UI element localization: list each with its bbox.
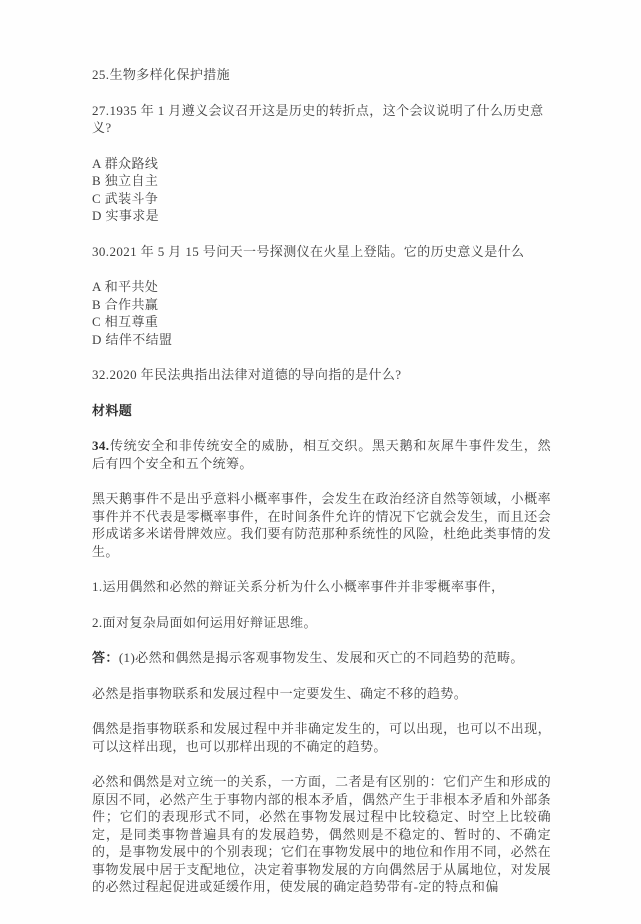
answer-paragraph-4: 必然和偶然是对立统一的关系，一方面，二者是有区别的：它们产生和形成的原因不同，必…: [92, 773, 551, 896]
answer-paragraph-2: 必然是指事物联系和发展过程中一定要发生、确定不移的趋势。: [92, 685, 551, 703]
question-34-text: 传统安全和非传统安全的威胁，相互交织。黑天鹅和灰犀牛事件发生，然后有四个安全和五…: [92, 438, 551, 471]
question-34-number: 34.: [92, 438, 109, 453]
option-d: D 结伴不结盟: [92, 331, 551, 349]
question-30: 30.2021 年 5 月 15 号问天一号探测仪在火星上登陆。它的历史意义是什…: [92, 243, 551, 261]
question-27: 27.1935 年 1 月遵义会议召开这是历史的转折点，这个会议说明了什么历史意…: [92, 102, 551, 137]
question-30-options: A 和平共处 B 合作共赢 C 相互尊重 D 结伴不结盟: [92, 278, 551, 348]
answer-paragraph-1: 答：(1)必然和偶然是揭示客观事物发生、发展和灭亡的不同趋势的范畴。: [92, 649, 551, 667]
answer-paragraph-3: 偶然是指事物联系和发展过程中并非确定发生的，可以出现，也可以不出现，可以这样出现…: [92, 720, 551, 755]
answer-label: 答：: [92, 650, 119, 665]
question-32: 32.2020 年民法典指出法律对道德的导向指的是什么?: [92, 366, 551, 384]
option-d: D 实事求是: [92, 207, 551, 225]
answer-text: (1)必然和偶然是揭示客观事物发生、发展和灭亡的不同趋势的范畴。: [119, 650, 524, 665]
option-a: A 群众路线: [92, 155, 551, 173]
question-27-options: A 群众路线 B 独立自主 C 武装斗争 D 实事求是: [92, 155, 551, 225]
option-c: C 武装斗争: [92, 190, 551, 208]
question-34: 34.传统安全和非传统安全的威胁，相互交织。黑天鹅和灰犀牛事件发生，然后有四个安…: [92, 437, 551, 472]
option-b: B 合作共赢: [92, 296, 551, 314]
question-25: 25.生物多样化保护措施: [92, 66, 551, 84]
material-paragraph-black-swan: 黑天鹅事件不是出乎意料小概率事件，会发生在政治经济自然等领域，小概率事件并不代表…: [92, 490, 551, 560]
sub-question-1: 1.运用偶然和必然的辩证关系分析为什么小概率事件并非零概率事件，: [92, 578, 551, 596]
option-c: C 相互尊重: [92, 313, 551, 331]
sub-question-2: 2.面对复杂局面如何运用好辩证思维。: [92, 614, 551, 632]
option-a: A 和平共处: [92, 278, 551, 296]
section-heading-material: 材料题: [92, 402, 551, 420]
option-b: B 独立自主: [92, 172, 551, 190]
document-page: 25.生物多样化保护措施 27.1935 年 1 月遵义会议召开这是历史的转折点…: [0, 0, 641, 924]
